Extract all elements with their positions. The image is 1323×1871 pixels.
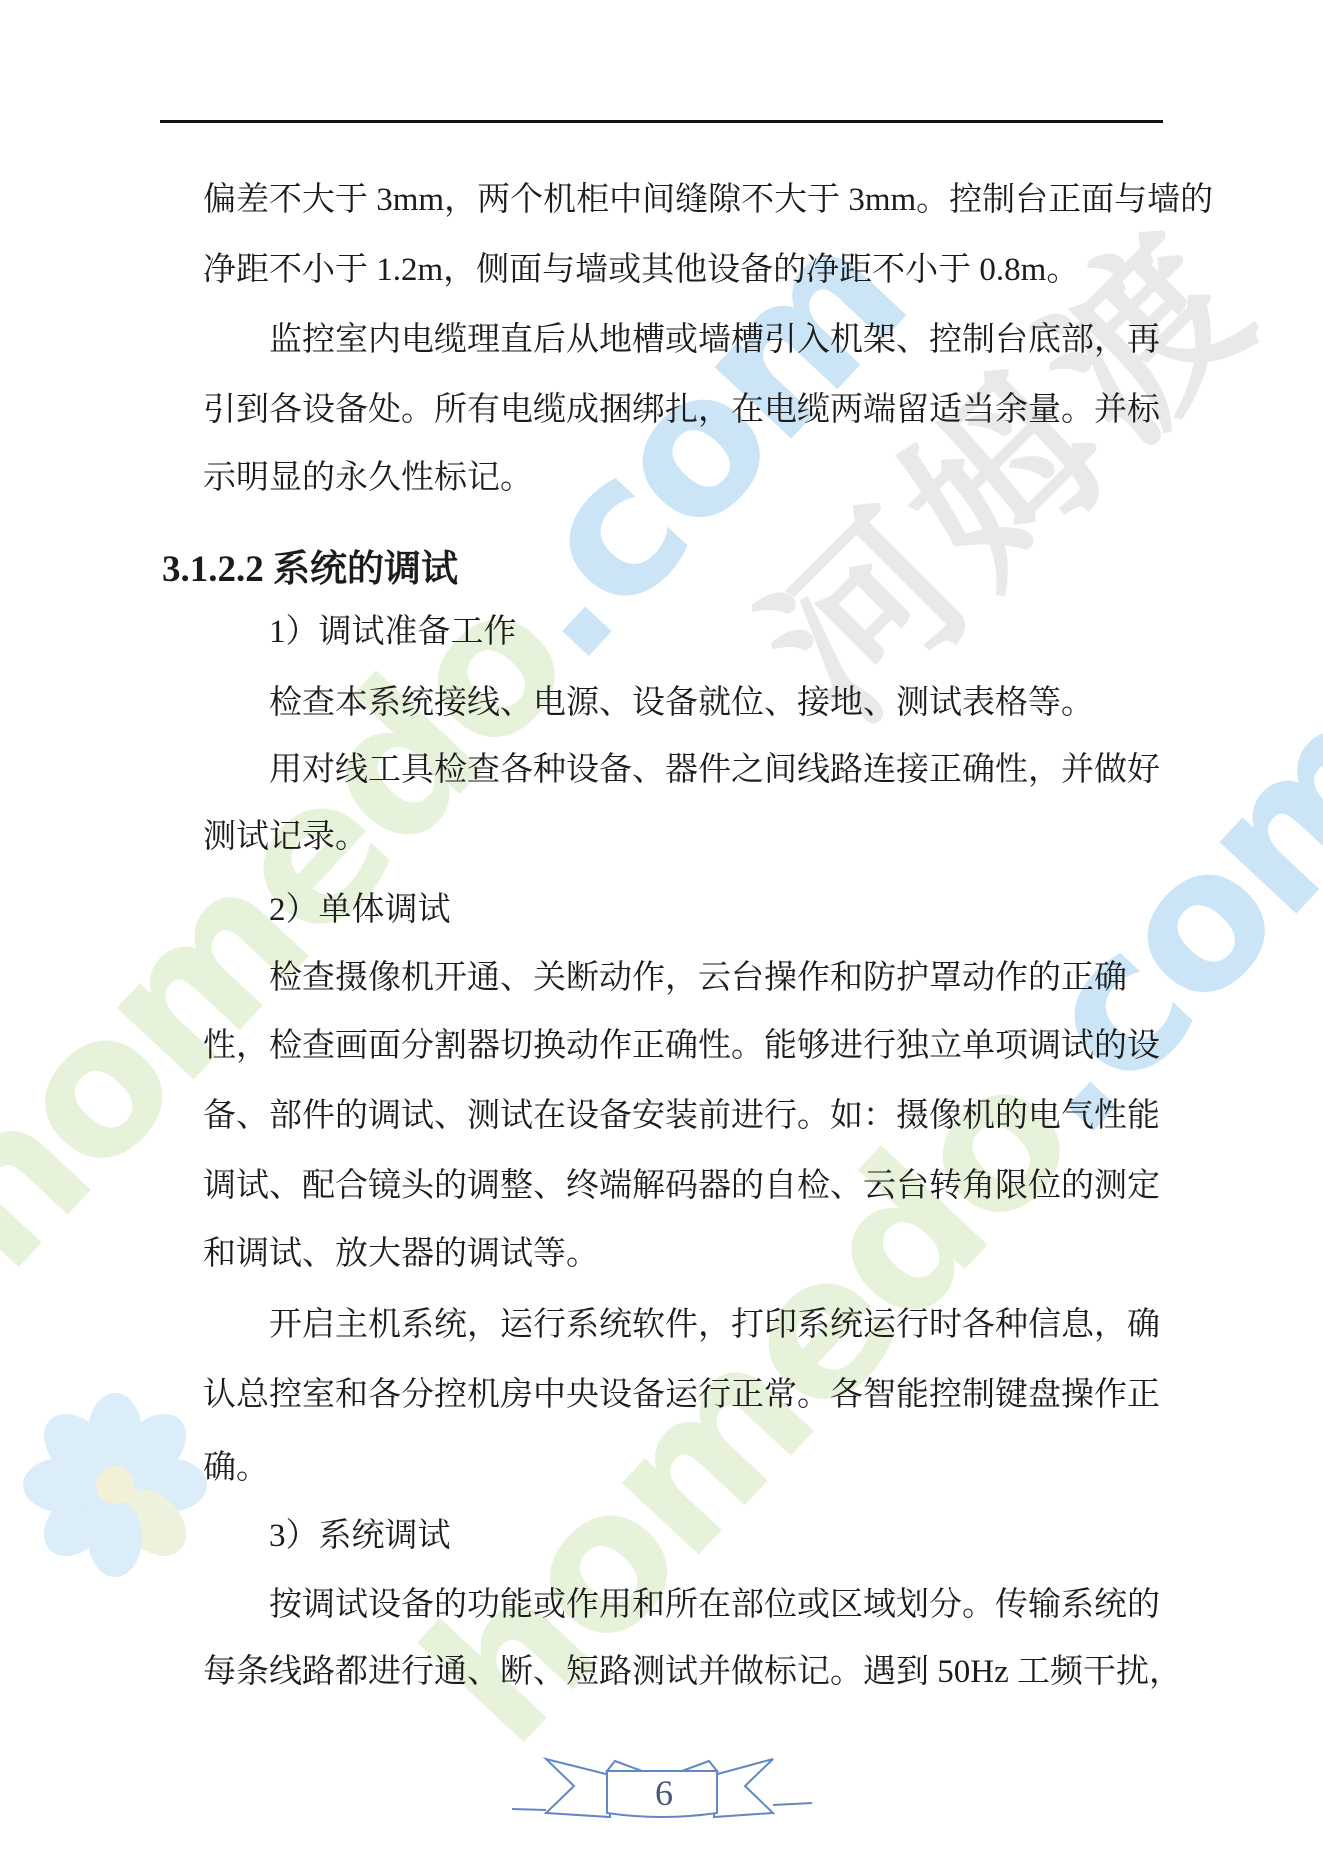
page-number: 6 (655, 1773, 673, 1813)
text-line: 引到各设备处。所有电缆成捆绑扎，在电缆两端留适当余量。并标 (203, 390, 1148, 431)
text-line: 2）单体调试 (203, 890, 1148, 931)
text-line: 和调试、放大器的调试等。 (203, 1234, 1148, 1275)
document-body: 偏差不大于 3mm，两个机柜中间缝隙不大于 3mm。控制台正面与墙的 净距不小于… (0, 0, 1323, 1871)
page-header-rule (160, 120, 1163, 123)
text-line: 检查摄像机开通、关断动作，云台操作和防护罩动作的正确 (203, 958, 1148, 999)
text-line: 性，检查画面分割器切换动作正确性。能够进行独立单项调试的设 (203, 1026, 1148, 1067)
text-line: 测试记录。 (203, 817, 1148, 858)
ribbon-left-tail (546, 1759, 610, 1817)
text-line: 净距不小于 1.2m，侧面与墙或其他设备的净距不小于 0.8m。 (203, 250, 1148, 291)
text-line: 监控室内电缆理直后从地槽或墙槽引入机架、控制台底部，再 (203, 320, 1148, 361)
section-heading: 3.1.2.2 系统的调试 (162, 538, 1062, 592)
ribbon-left-fold (607, 1761, 642, 1771)
document-page: homedo.com homedo.com 河姆渡 偏差不大于 3mm，两个机柜… (0, 0, 1323, 1871)
text-line: 备、部件的调试、测试在设备安装前进行。如：摄像机的电气性能 (203, 1096, 1148, 1137)
text-line: 示明显的永久性标记。 (203, 458, 1148, 499)
text-line: 调试、配合镜头的调整、终端解码器的自检、云台转角限位的测定 (203, 1166, 1148, 1207)
page-number-ribbon: 6 (512, 1753, 812, 1833)
text-line: 开启主机系统，运行系统软件，打印系统运行时各种信息，确 (203, 1305, 1148, 1346)
text-line: 确。 (203, 1448, 1148, 1489)
text-line: 按调试设备的功能或作用和所在部位或区域划分。传输系统的 (203, 1585, 1148, 1626)
text-line: 1）调试准备工作 (203, 612, 1148, 653)
text-line: 用对线工具检查各种设备、器件之间线路连接正确性，并做好 (203, 750, 1148, 791)
ribbon-right-fold (682, 1761, 717, 1771)
text-line: 3）系统调试 (203, 1516, 1148, 1557)
text-line: 认总控室和各分控机房中央设备运行正常。各智能控制键盘操作正 (203, 1375, 1148, 1416)
ribbon-right-tail (714, 1759, 773, 1817)
text-line: 偏差不大于 3mm，两个机柜中间缝隙不大于 3mm。控制台正面与墙的 (203, 180, 1148, 221)
text-line: 每条线路都进行通、断、短路测试并做标记。遇到 50Hz 工频干扰， (203, 1652, 1148, 1693)
text-line: 检查本系统接线、电源、设备就位、接地、测试表格等。 (203, 683, 1148, 724)
